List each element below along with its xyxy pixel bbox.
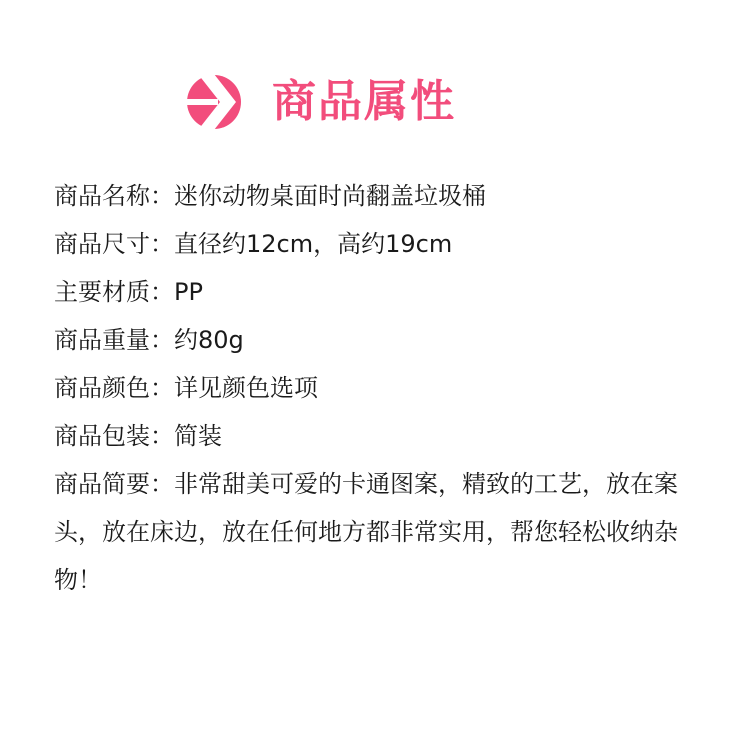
attribute-list: 商品名称：迷你动物桌面时尚翻盖垃圾桶 商品尺寸：直径约12cm，高约19cm 主…	[54, 172, 694, 604]
section-header: 商品属性	[0, 70, 750, 134]
attribute-label: 主要材质：	[54, 278, 174, 306]
attribute-value: 迷你动物桌面时尚翻盖垃圾桶	[174, 182, 486, 210]
attribute-row-size: 商品尺寸：直径约12cm，高约19cm	[54, 220, 694, 268]
attribute-row-material: 主要材质：PP	[54, 268, 694, 316]
arrow-right-circle-icon	[186, 74, 242, 130]
attribute-value: 简装	[174, 422, 222, 450]
attribute-row-packaging: 商品包装：简装	[54, 412, 694, 460]
attribute-label: 商品简要：	[54, 470, 174, 498]
attribute-label: 商品包装：	[54, 422, 174, 450]
attribute-value: 直径约12cm，高约19cm	[174, 230, 452, 258]
attribute-row-name: 商品名称：迷你动物桌面时尚翻盖垃圾桶	[54, 172, 694, 220]
attribute-row-color: 商品颜色：详见颜色选项	[54, 364, 694, 412]
attribute-label: 商品重量：	[54, 326, 174, 354]
attribute-label: 商品颜色：	[54, 374, 174, 402]
attribute-label: 商品尺寸：	[54, 230, 174, 258]
attribute-row-weight: 商品重量：约80g	[54, 316, 694, 364]
attribute-value: PP	[174, 278, 203, 306]
attribute-row-summary: 商品简要：非常甜美可爱的卡通图案，精致的工艺，放在案头，放在床边，放在任何地方都…	[54, 460, 694, 604]
section-title: 商品属性	[272, 74, 456, 130]
attribute-label: 商品名称：	[54, 182, 174, 210]
attribute-value: 约80g	[174, 326, 244, 354]
attribute-value: 详见颜色选项	[174, 374, 318, 402]
